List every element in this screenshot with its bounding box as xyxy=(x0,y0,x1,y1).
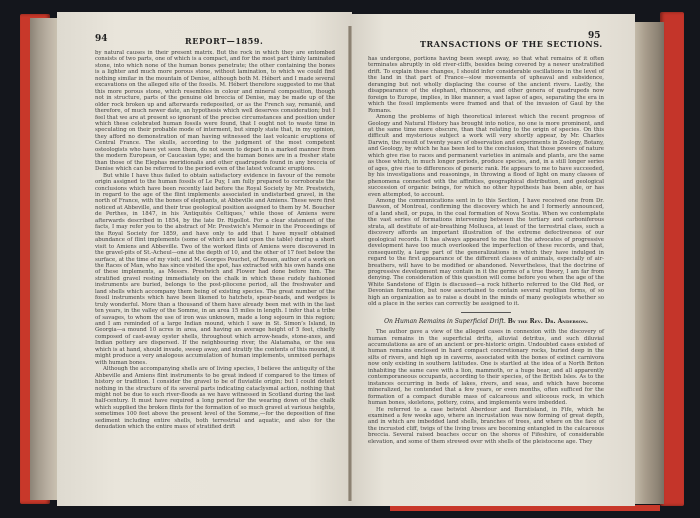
body-text: has undergone, portions having been swep… xyxy=(368,56,604,445)
paragraph: Although the accompanying shells are of … xyxy=(95,366,335,431)
paragraph: He referred to a case betwixt Aberdour a… xyxy=(368,407,604,446)
paragraph: has undergone, portions having been swep… xyxy=(368,56,604,114)
paragraph: The author gave a view of the alleged ca… xyxy=(368,329,604,406)
left-page: 94 REPORT—1859. by natural causes in the… xyxy=(57,12,352,506)
page-number: 94 xyxy=(95,34,108,44)
body-text: by natural causes in their present matri… xyxy=(95,50,335,431)
paragraph: by natural causes in their present matri… xyxy=(95,50,335,173)
paragraph: Among the problems of high theoretical i… xyxy=(368,114,604,198)
right-page: TRANSACTIONS OF THE SECTIONS. 95 has und… xyxy=(350,14,635,506)
section-divider xyxy=(461,312,511,313)
paragraph: Among the communications sent in to this… xyxy=(368,198,604,308)
paragraph: But while I have thus failed to obtain s… xyxy=(95,173,335,367)
book-gutter xyxy=(348,26,352,501)
section-title-text: On Human Remains in Superficial Drift. xyxy=(384,318,506,325)
running-header: TRANSACTIONS OF THE SECTIONS. xyxy=(420,39,603,49)
section-author: By the Rev. Dr. Anderson. xyxy=(508,318,588,325)
page-edges-left xyxy=(30,18,60,500)
page-number: 95 xyxy=(588,31,601,41)
running-header: REPORT—1859. xyxy=(185,36,263,46)
section-title: On Human Remains in Superficial Drift. B… xyxy=(368,319,604,325)
page-edges-right xyxy=(632,22,664,504)
